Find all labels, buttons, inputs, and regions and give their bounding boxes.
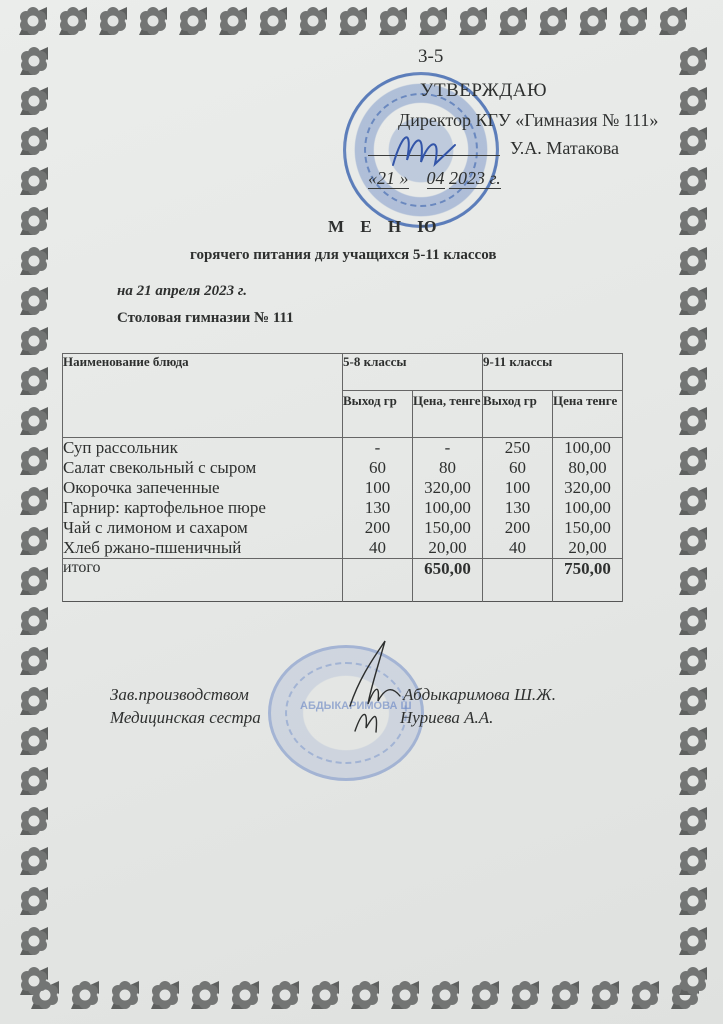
total-price-9-11: 750,00 [553,559,623,602]
border-ornament-icon [508,978,542,1012]
cell-weight-9-11: 60 [483,458,553,478]
cell-weight-9-11: 250 [483,438,553,459]
border-ornament-icon [676,564,710,598]
cell-price-5-8: 80 [413,458,483,478]
border-ornament-icon [308,978,342,1012]
header-price-5-8: Цена, тенге [413,391,483,438]
total-weight-5-8 [343,559,413,602]
border-ornament-icon [216,4,250,38]
production-head-signature [330,636,410,736]
cell-weight-9-11: 100 [483,478,553,498]
border-ornament-icon [616,4,650,38]
border-ornament-icon [17,444,51,478]
border-ornament-icon [676,84,710,118]
border-ornament-icon [676,764,710,798]
border-ornament-icon [676,404,710,438]
border-ornament-icon [676,684,710,718]
border-ornament-icon [656,4,690,38]
cell-weight-5-8: 60 [343,458,413,478]
cell-weight-9-11: 130 [483,498,553,518]
border-ornament-icon [676,884,710,918]
cell-price-5-8: 320,00 [413,478,483,498]
cell-price-9-11: 20,00 [553,538,623,559]
cell-price-5-8: 100,00 [413,498,483,518]
border-ornament-icon [676,44,710,78]
table-row: Окорочка запеченные100320,00100320,00 [63,478,623,498]
cell-price-5-8: - [413,438,483,459]
total-price-5-8: 650,00 [413,559,483,602]
table-row: Суп рассольник--250100,00 [63,438,623,459]
border-ornament-icon [17,284,51,318]
border-ornament-icon [676,444,710,478]
border-ornament-icon [676,964,710,998]
cell-price-9-11: 100,00 [553,438,623,459]
total-label: итого [63,559,343,602]
border-ornament-icon [676,244,710,278]
border-ornament-icon [17,404,51,438]
border-ornament-icon [17,724,51,758]
border-ornament-icon [676,724,710,758]
menu-table-body: Суп рассольник--250100,00Салат свекольны… [63,438,623,559]
border-ornament-icon [496,4,530,38]
border-ornament-icon [188,978,222,1012]
border-ornament-icon [16,4,50,38]
border-ornament-icon [428,978,462,1012]
border-ornament-icon [268,978,302,1012]
total-weight-9-11 [483,559,553,602]
cell-weight-9-11: 40 [483,538,553,559]
menu-date: на 21 апреля 2023 г. [117,283,247,300]
approval-heading: УТВЕРЖДАЮ [420,80,547,102]
cell-price-5-8: 150,00 [413,518,483,538]
approver-name: У.А. Матакова [510,138,619,159]
border-ornament-icon [228,978,262,1012]
header-weight-5-8: Выход гр [343,391,413,438]
border-ornament-icon [456,4,490,38]
cell-price-9-11: 150,00 [553,518,623,538]
cell-dish-name: Салат свекольный с сыром [63,458,343,478]
border-ornament-icon [17,164,51,198]
border-ornament-icon [676,364,710,398]
border-ornament-icon [416,4,450,38]
border-ornament-icon [336,4,370,38]
border-ornament-icon [676,284,710,318]
table-row: Чай с лимоном и сахаром200150,00200150,0… [63,518,623,538]
border-ornament-icon [108,978,142,1012]
border-ornament-icon [676,204,710,238]
cell-price-5-8: 20,00 [413,538,483,559]
cell-weight-5-8: 130 [343,498,413,518]
border-ornament-icon [676,324,710,358]
border-ornament-icon [676,604,710,638]
cell-price-9-11: 100,00 [553,498,623,518]
signature-name-nurse: Нуриева А.А. [400,708,493,728]
border-ornament-icon [676,164,710,198]
border-ornament-icon [17,524,51,558]
border-ornament-icon [676,484,710,518]
border-ornament-icon [17,804,51,838]
header-price-9-11: Цена тенге [553,391,623,438]
border-ornament-icon [17,884,51,918]
signature-name-production: Абдыкаримова Ш.Ж. [403,685,556,705]
border-ornament-icon [17,564,51,598]
border-ornament-icon [17,844,51,878]
border-ornament-icon [296,4,330,38]
border-ornament-icon [256,4,290,38]
cell-dish-name: Чай с лимоном и сахаром [63,518,343,538]
border-ornament-icon [17,244,51,278]
cell-weight-5-8: 40 [343,538,413,559]
border-ornament-icon [676,644,710,678]
border-ornament-icon [68,978,102,1012]
border-ornament-icon [17,604,51,638]
cell-weight-5-8: - [343,438,413,459]
header-group-5-8: 5-8 классы [343,354,483,391]
border-ornament-icon [148,978,182,1012]
border-ornament-icon [136,4,170,38]
border-ornament-icon [468,978,502,1012]
cell-dish-name: Суп рассольник [63,438,343,459]
border-ornament-icon [536,4,570,38]
table-row: Гарнир: картофельное пюре130100,00130100… [63,498,623,518]
border-ornament-icon [17,684,51,718]
border-ornament-icon [676,844,710,878]
border-ornament-icon [17,84,51,118]
border-ornament-icon [17,484,51,518]
signature-role-nurse: Медицинская сестра [110,708,261,728]
canteen-name: Столовая гимназии № 111 [117,310,294,327]
menu-title: М Е Н Ю [328,217,443,237]
border-ornament-icon [56,4,90,38]
director-signature [385,120,465,180]
border-ornament-icon [348,978,382,1012]
cell-weight-5-8: 100 [343,478,413,498]
border-ornament-icon [176,4,210,38]
border-ornament-icon [17,764,51,798]
border-ornament-icon [388,978,422,1012]
cell-weight-9-11: 200 [483,518,553,538]
cell-price-9-11: 80,00 [553,458,623,478]
border-ornament-icon [676,804,710,838]
border-ornament-icon [17,364,51,398]
border-ornament-icon [676,924,710,958]
header-group-9-11: 9-11 классы [483,354,623,391]
document-number: 3-5 [418,46,443,68]
border-ornament-icon [17,924,51,958]
signature-role-production: Зав.производством [110,685,249,705]
border-ornament-icon [17,964,51,998]
menu-subtitle: горячего питания для учащихся 5-11 класс… [190,247,496,264]
border-ornament-icon [17,644,51,678]
header-dish-name: Наименование блюда [63,354,343,438]
border-ornament-icon [17,324,51,358]
border-ornament-icon [376,4,410,38]
border-ornament-icon [17,204,51,238]
table-row: Хлеб ржано-пшеничный4020,004020,00 [63,538,623,559]
border-ornament-icon [96,4,130,38]
border-ornament-icon [17,44,51,78]
header-weight-9-11: Выход гр [483,391,553,438]
menu-table: Наименование блюда 5-8 классы 9-11 класс… [62,353,623,602]
border-ornament-icon [588,978,622,1012]
border-ornament-icon [17,124,51,158]
document-page: АБДЫКАРИМОВА Ш 3-5 УТВЕРЖДАЮ Директор КГ… [0,0,723,1024]
border-ornament-icon [548,978,582,1012]
border-ornament-icon [628,978,662,1012]
cell-dish-name: Хлеб ржано-пшеничный [63,538,343,559]
cell-weight-5-8: 200 [343,518,413,538]
cell-price-9-11: 320,00 [553,478,623,498]
total-row: итого 650,00 750,00 [63,559,623,602]
border-ornament-icon [676,124,710,158]
border-ornament-icon [576,4,610,38]
cell-dish-name: Окорочка запеченные [63,478,343,498]
cell-dish-name: Гарнир: картофельное пюре [63,498,343,518]
table-row: Салат свекольный с сыром60806080,00 [63,458,623,478]
border-ornament-icon [676,524,710,558]
